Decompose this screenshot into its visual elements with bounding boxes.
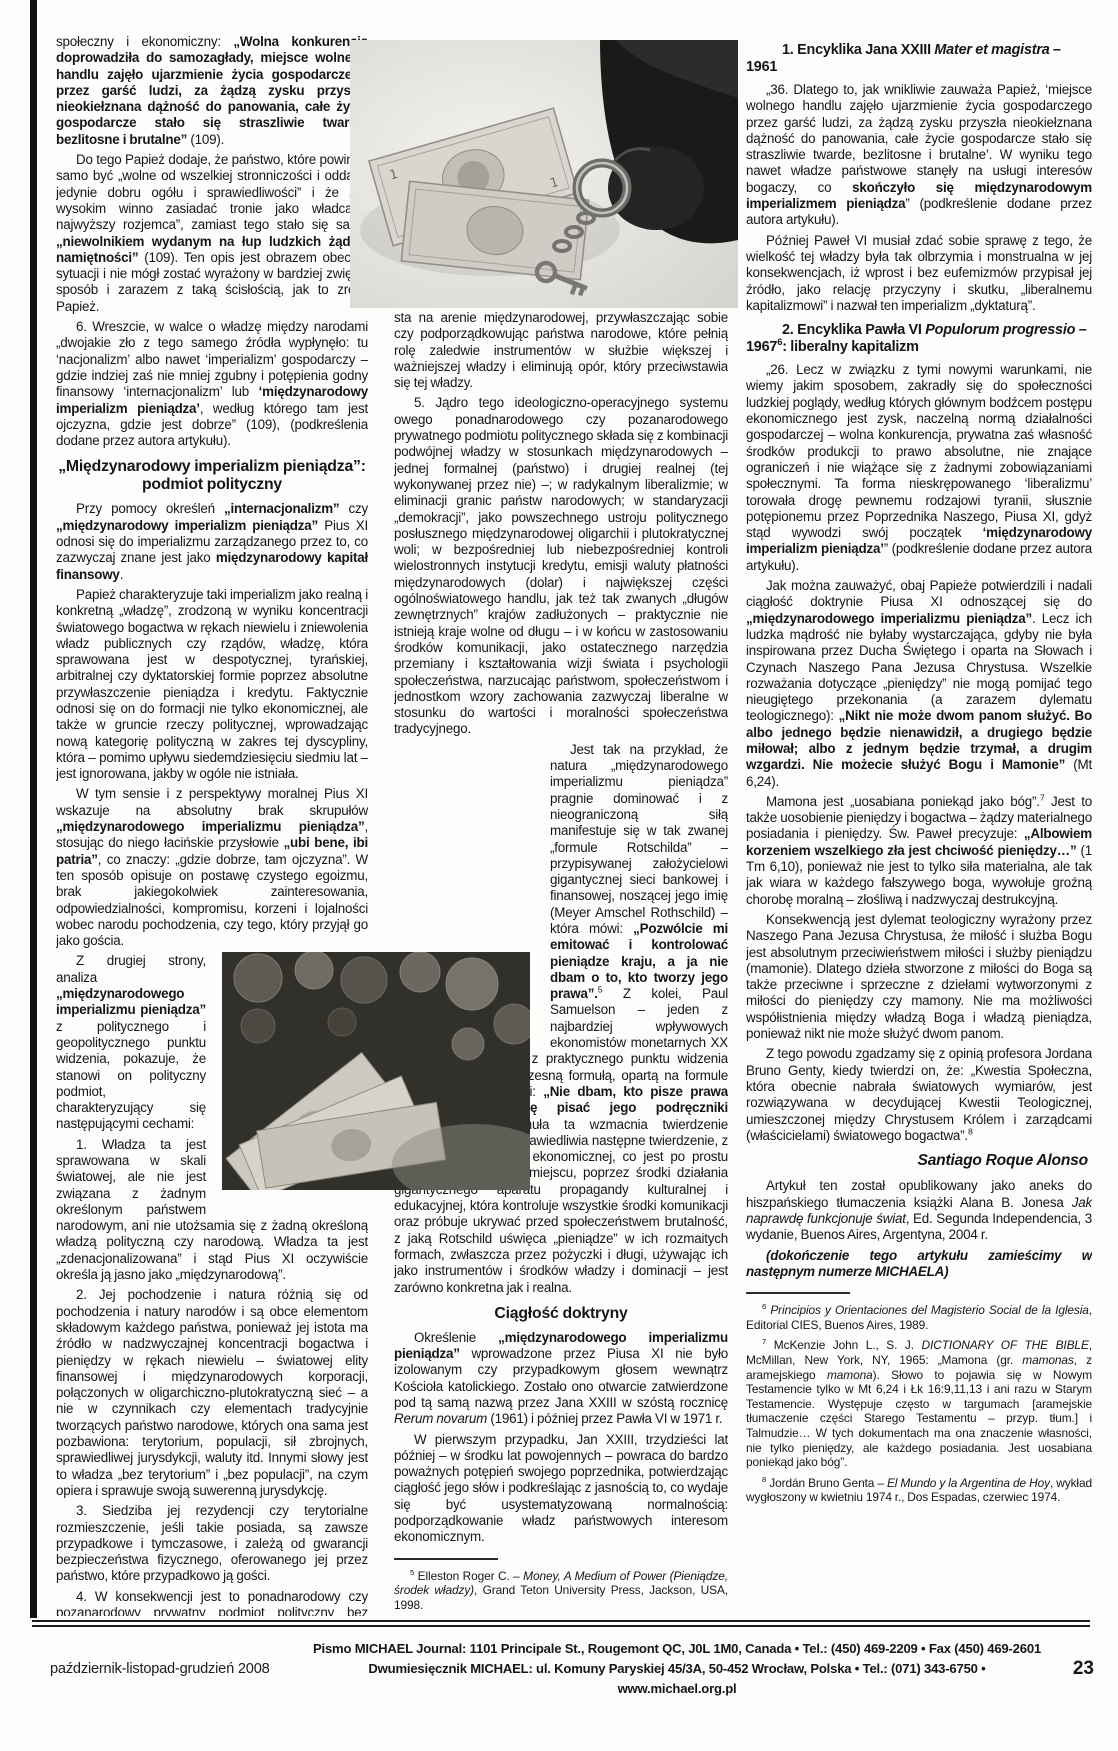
paragraph-mamona: Mamona jest „uosabiana poniekąd jako bóg…	[746, 794, 1092, 908]
footer-row: październik-listopad-grudzień 2008 Pismo…	[0, 1627, 1118, 1699]
paragraph-nota-o-publikacji: Artykuł ten został opublikowany jako ane…	[746, 1178, 1092, 1243]
paragraph-papiez-charakteryzuje: Papież charakteryzuje taki imperializm j…	[56, 587, 368, 783]
footnote-6: 6 Principios y Orientaciones del Magiste…	[746, 1292, 1092, 1332]
paragraph-kwestia-spoleczna: Z tego powodu zgadzamy się z opinią prof…	[746, 1046, 1092, 1144]
section-heading-ciaglosc-doktryny: Ciągłość doktryny	[394, 1305, 728, 1323]
footnote-5: 5 Elleston Roger C. – Money, A Medium of…	[394, 1558, 728, 1613]
closing-note: (dokończenie tego artykułu zamieścimy w …	[746, 1248, 1092, 1281]
issue-date: październik-listopad-grudzień 2008	[50, 1661, 312, 1677]
paragraph-panstwo-niewolnik: Do tego Papież dodaje, że państwo, które…	[56, 152, 368, 315]
paragraph-konsekwencja-dylemat: Konsekwencją jest dylemat teologiczny wy…	[746, 912, 1092, 1042]
coins-and-dollar-bills-photo	[222, 952, 530, 1190]
paragraph-w-pierwszym-przypadku: W pierwszym przypadku, Jan XXIII, trzydz…	[394, 1432, 728, 1546]
paragraph-okreslenie-wprowadzone: Określenie „międzynarodowego imperializm…	[394, 1330, 728, 1428]
subheading-encyklika-populorum-progressio: 2. Encyklika Pawła VI Populorum progress…	[746, 322, 1092, 356]
page-number: 23	[1042, 1658, 1094, 1680]
author-signature: Santiago Roque Alonso	[746, 1153, 1088, 1169]
scan-edge-artifact	[30, 0, 37, 1620]
address-line-1: Pismo MICHAEL Journal: 1101 Principale S…	[312, 1639, 1042, 1659]
paragraph-pozniej-pawel-vi: Później Paweł VI musiał zdać sobie spraw…	[746, 233, 1092, 314]
subheading-encyklika-mater-et-magistra: 1. Encyklika Jana XXIII Mater et magistr…	[746, 42, 1092, 76]
section-heading-podmiot-polityczny: „Międzynarodowy imperializm pieniądza”: …	[56, 458, 368, 494]
handcuffed-fist-dollars-photo: 1 1	[350, 40, 738, 308]
paragraph-cytat-36: „36. Dlatego to, jak wnikliwie zauważa P…	[746, 82, 1092, 229]
paragraph-dwojakie-zlo: 6. Wreszcie, w walce o władzę między nar…	[56, 319, 368, 449]
magazine-page: 1 1	[0, 0, 1118, 1751]
column-1: społeczny i ekonomiczny: „Wolna konkuren…	[56, 34, 368, 1616]
coins-money-illustration	[222, 952, 530, 1190]
paragraph-sta-na-arenie: sta na arenie międzynarodowej, przywłasz…	[394, 310, 728, 391]
paragraph-cecha-4-ponadnarodowy: 4. W konsekwencji jest to ponadnarodowy …	[56, 1589, 368, 1616]
footnote-7: 7 McKenzie John L., S. J. DICTIONARY OF …	[746, 1338, 1092, 1469]
paragraph-ubi-bene: W tym sensie i z perspektywy moralnej Pi…	[56, 786, 368, 949]
page-footer: październik-listopad-grudzień 2008 Pismo…	[0, 1618, 1118, 1751]
paragraph-obaj-papieze: Jak można zauważyć, obaj Papieże potwier…	[746, 578, 1092, 790]
paragraph-przy-pomocy-okreslen: Przy pomocy określeń „internacjonalizm” …	[56, 501, 368, 582]
column-3: 1. Encyklika Jana XXIII Mater et magistr…	[746, 34, 1092, 1616]
paragraph-cytat-26: „26. Lecz w związku z tymi nowymi warunk…	[746, 362, 1092, 574]
footnote-8: 8 Jordán Bruno Genta – El Mundo y la Arg…	[746, 1476, 1092, 1505]
address-line-2: Dwumiesięcznik MICHAEL: ul. Komuny Parys…	[312, 1659, 1042, 1699]
handcuffs-money-illustration: 1 1	[350, 40, 738, 308]
paragraph-cecha-3-siedziba: 3. Siedziba jej rezydencji czy terytoria…	[56, 1503, 368, 1584]
footer-double-rule	[32, 1620, 1090, 1627]
paragraph-cecha-2-pochodzenie: 2. Jej pochodzenie i natura różnią się o…	[56, 1287, 368, 1499]
publisher-address: Pismo MICHAEL Journal: 1101 Principale S…	[312, 1639, 1042, 1699]
paragraph-continuation-quadragesimo: społeczny i ekonomiczny: „Wolna konkuren…	[56, 34, 368, 148]
paragraph-cecha-5-jadro: 5. Jądro tego ideologiczno-operacyjnego …	[394, 395, 728, 737]
